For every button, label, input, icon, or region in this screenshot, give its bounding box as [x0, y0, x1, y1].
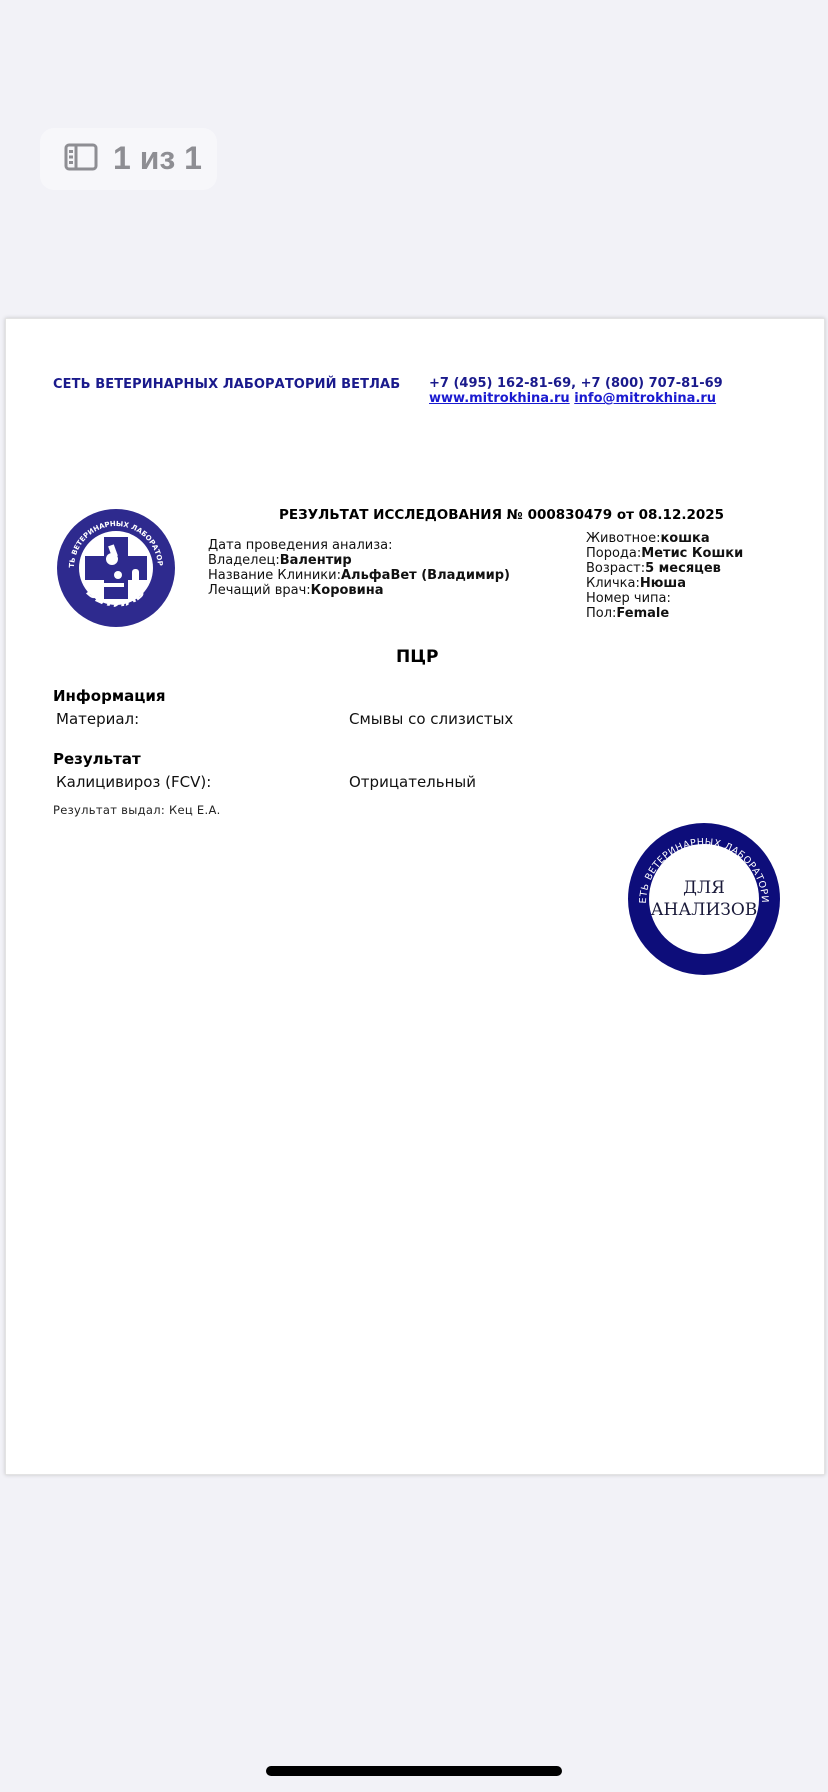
page-counter-text: 1 из 1 [113, 140, 202, 177]
field-name: Кличка:Нюша [586, 576, 743, 591]
field-analysis-date: Дата проведения анализа: [208, 538, 510, 553]
field-owner: Владелец:Валентир [208, 553, 510, 568]
field-age: Возраст:5 месяцев [586, 561, 743, 576]
org-name: СЕТЬ ВЕТЕРИНАРНЫХ ЛАБОРАТОРИЙ ВЕТЛАБ [53, 377, 400, 392]
field-sex: Пол:Female [586, 606, 743, 621]
vetlab-logo: СЕТЬ ВЕТЕРИНАРНЫХ ЛАБОРАТОРИЙ ВЕТЛАБ [52, 507, 180, 629]
home-indicator[interactable] [266, 1766, 562, 1776]
row-label-fcv: Калицивироз (FCV): [56, 773, 211, 791]
field-chip: Номер чипа: [586, 591, 743, 606]
animal-info: Животное:кошка Порода:Метис Кошки Возрас… [586, 531, 743, 621]
row-value-fcv: Отрицательный [349, 773, 476, 791]
test-type-heading: ПЦР [396, 647, 438, 667]
document-page: СЕТЬ ВЕТЕРИНАРНЫХ ЛАБОРАТОРИЙ ВЕТЛАБ +7 … [5, 318, 825, 1475]
field-clinic: Название Клиники:АльфаВет (Владимир) [208, 568, 510, 583]
field-animal: Животное:кошка [586, 531, 743, 546]
report-title: РЕЗУЛЬТАТ ИССЛЕДОВАНИЯ № 000830479 от 08… [279, 507, 724, 523]
issued-by: Результат выдал: Кец Е.А. [53, 803, 221, 817]
lab-stamp: СЕТЬ ВЕТЕРИНАРНЫХ ЛАБОРАТОРИЙ ВЕТЛАБ ДЛЯ… [626, 821, 782, 977]
email-link[interactable]: info@mitrokhina.ru [574, 391, 716, 406]
sidebar-thumbnails-icon [64, 143, 98, 171]
phones: +7 (495) 162-81-69, +7 (800) 707-81-69 [429, 376, 723, 391]
row-label-material: Материал: [56, 710, 139, 728]
page-counter-badge[interactable]: 1 из 1 [40, 128, 217, 190]
website-link[interactable]: www.mitrokhina.ru [429, 391, 570, 406]
svg-text:АНАЛИЗОВ: АНАЛИЗОВ [651, 900, 758, 920]
field-breed: Порода:Метис Кошки [586, 546, 743, 561]
row-value-material: Смывы со слизистых [349, 710, 513, 728]
section-heading-result: Результат [53, 750, 141, 768]
field-doctor: Лечащий врач:Коровина [208, 583, 510, 598]
section-heading-info: Информация [53, 687, 166, 705]
client-info: Дата проведения анализа: Владелец:Валент… [208, 538, 510, 598]
contacts: +7 (495) 162-81-69, +7 (800) 707-81-69 w… [429, 376, 723, 406]
svg-text:ДЛЯ: ДЛЯ [683, 878, 725, 898]
